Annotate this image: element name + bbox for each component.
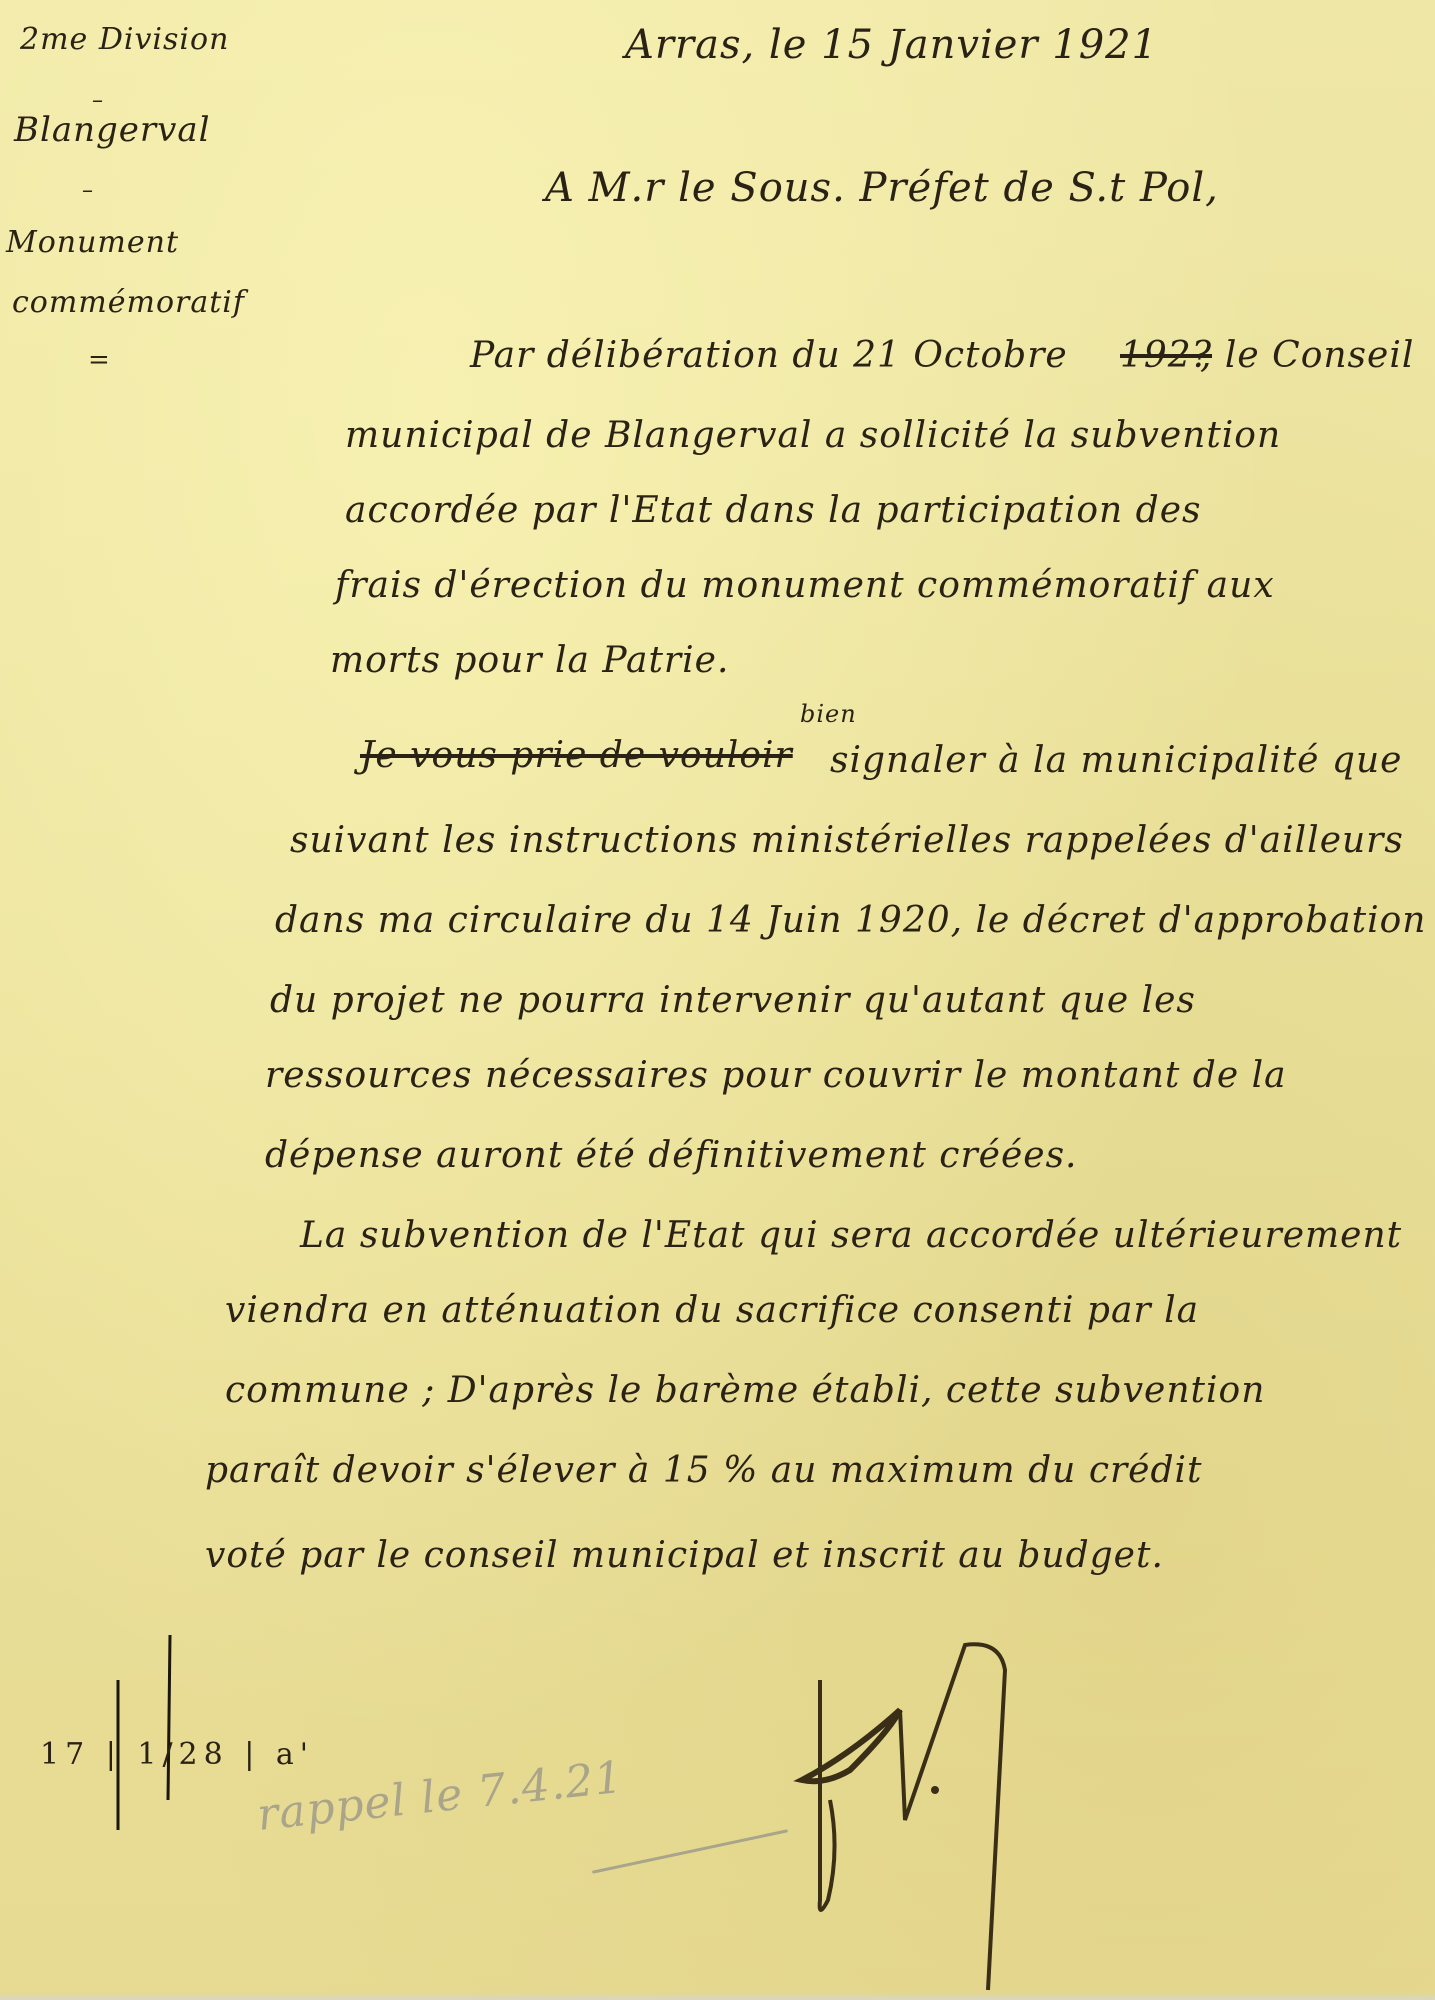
margin-separator: – [82, 178, 94, 203]
body-line: voté par le conseil municipal et inscrit… [205, 1535, 1164, 1576]
body-line: , le Conseil [1200, 335, 1414, 376]
struck-phrase: Je vous prie de vouloir [360, 735, 793, 776]
body-line: signaler à la municipalité que [830, 740, 1402, 781]
margin-separator: = [88, 345, 111, 375]
paper-bottom-edge [0, 1992, 1435, 2000]
body-line: municipal de Blangerval a sollicité la s… [345, 415, 1281, 456]
body-line: ressources nécessaires pour couvrir le m… [265, 1055, 1287, 1096]
body-line: morts pour la Patrie. [330, 640, 729, 681]
margin-subject-line2: commémoratif [12, 285, 245, 320]
body-line: commune ; D'après le barème établi, cett… [225, 1370, 1265, 1411]
recipient: A M.r le Sous. Préfet de S.t Pol, [545, 165, 1219, 211]
body-line: frais d'érection du monument commémorati… [335, 565, 1275, 606]
pencil-underline [592, 1829, 788, 1874]
body-line: accordée par l'Etat dans la participatio… [345, 490, 1201, 531]
letter-page: 2me Division – Blangerval – Monument com… [0, 0, 1435, 2000]
signature-initials [790, 1620, 1050, 2000]
margin-commune: Blangerval [14, 110, 211, 150]
struck-year: 192? [1120, 335, 1212, 376]
inserted-word: bien [800, 700, 857, 728]
body-line: du projet ne pourra intervenir qu'autant… [270, 980, 1196, 1021]
filing-mark: 17 | 1/28 | a' [40, 1728, 314, 1774]
body-line: La subvention de l'Etat qui sera accordé… [300, 1215, 1402, 1256]
margin-division: 2me Division [20, 22, 229, 57]
body-line: paraît devoir s'élever à 15 % au maximum… [205, 1450, 1203, 1491]
body-line: Par délibération du 21 Octobre [470, 335, 1068, 376]
body-line: dans ma circulaire du 14 Juin 1920, le d… [275, 900, 1426, 941]
body-line: suivant les instructions ministérielles … [290, 820, 1404, 861]
body-line: dépense auront été définitivement créées… [265, 1135, 1078, 1176]
place-date: Arras, le 15 Janvier 1921 [625, 22, 1158, 68]
margin-subject-line1: Monument [6, 225, 179, 260]
body-line: viendra en atténuation du sacrifice cons… [225, 1290, 1199, 1331]
